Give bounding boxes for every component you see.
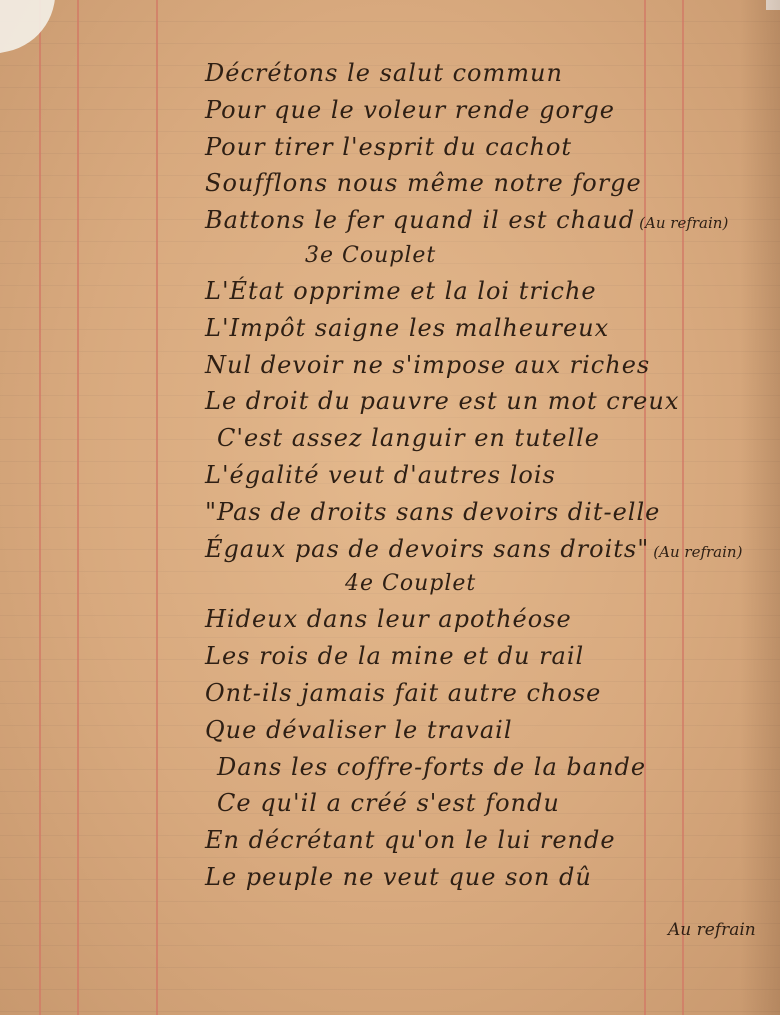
lyric-line: L'Impôt saigne les malheureux	[205, 310, 775, 347]
lyric-line: Soufflons nous même notre forge	[205, 165, 775, 202]
stanza-3: 3e Couplet L'État opprime et la loi tric…	[205, 239, 775, 567]
lyric-line: L'égalité veut d'autres lois	[205, 457, 775, 494]
refrain-mark: (Au refrain)	[639, 214, 728, 232]
lyric-line: Que dévaliser le travail	[205, 712, 775, 749]
lyric-line: Égaux pas de devoirs sans droits"(Au ref…	[205, 531, 775, 568]
lyric-line: Pour que le voleur rende gorge	[205, 92, 775, 129]
refrain-mark: Au refrain	[668, 920, 756, 940]
stanza-4: 4e Couplet Hideux dans leur apothéose Le…	[205, 567, 775, 895]
lyric-line: "Pas de droits sans devoirs dit-elle	[205, 494, 775, 531]
torn-corner	[0, 0, 66, 56]
stanza-heading: 3e Couplet	[205, 239, 775, 273]
margin-rule	[77, 0, 79, 1015]
lyric-line: Les rois de la mine et du rail	[205, 638, 775, 675]
lyric-line: En décrétant qu'on le lui rende	[205, 822, 775, 859]
stanza-previous: Décrétons le salut commun Pour que le vo…	[205, 55, 775, 239]
lyric-line: Battons le fer quand il est chaud(Au ref…	[205, 202, 775, 239]
lyric-line: Le droit du pauvre est un mot creux	[205, 383, 775, 420]
margin-rule	[156, 0, 158, 1015]
lyric-line: Hideux dans leur apothéose	[205, 601, 775, 638]
manuscript-page: Décrétons le salut commun Pour que le vo…	[0, 0, 780, 1015]
lyric-line: L'État opprime et la loi triche	[205, 273, 775, 310]
lyric-line: Ce qu'il a créé s'est fondu	[205, 785, 775, 822]
lyric-line: Nul devoir ne s'impose aux riches	[205, 347, 775, 384]
margin-rule	[39, 0, 41, 1015]
lyric-line: Le peuple ne veut que son dû	[205, 859, 775, 896]
refrain-mark: (Au refrain)	[653, 543, 742, 561]
lyric-text: Battons le fer quand il est chaud	[205, 206, 635, 234]
lyric-line: C'est assez languir en tutelle	[205, 420, 775, 457]
lyrics-text: Décrétons le salut commun Pour que le vo…	[205, 55, 775, 896]
lyric-text: Égaux pas de devoirs sans droits"	[205, 535, 649, 563]
lyric-line: Ont-ils jamais fait autre chose	[205, 675, 775, 712]
lyric-line: Dans les coffre-forts de la bande	[205, 749, 775, 786]
lyric-line: Pour tirer l'esprit du cachot	[205, 129, 775, 166]
stanza-heading: 4e Couplet	[205, 567, 775, 601]
lyric-line: Décrétons le salut commun	[205, 55, 775, 92]
